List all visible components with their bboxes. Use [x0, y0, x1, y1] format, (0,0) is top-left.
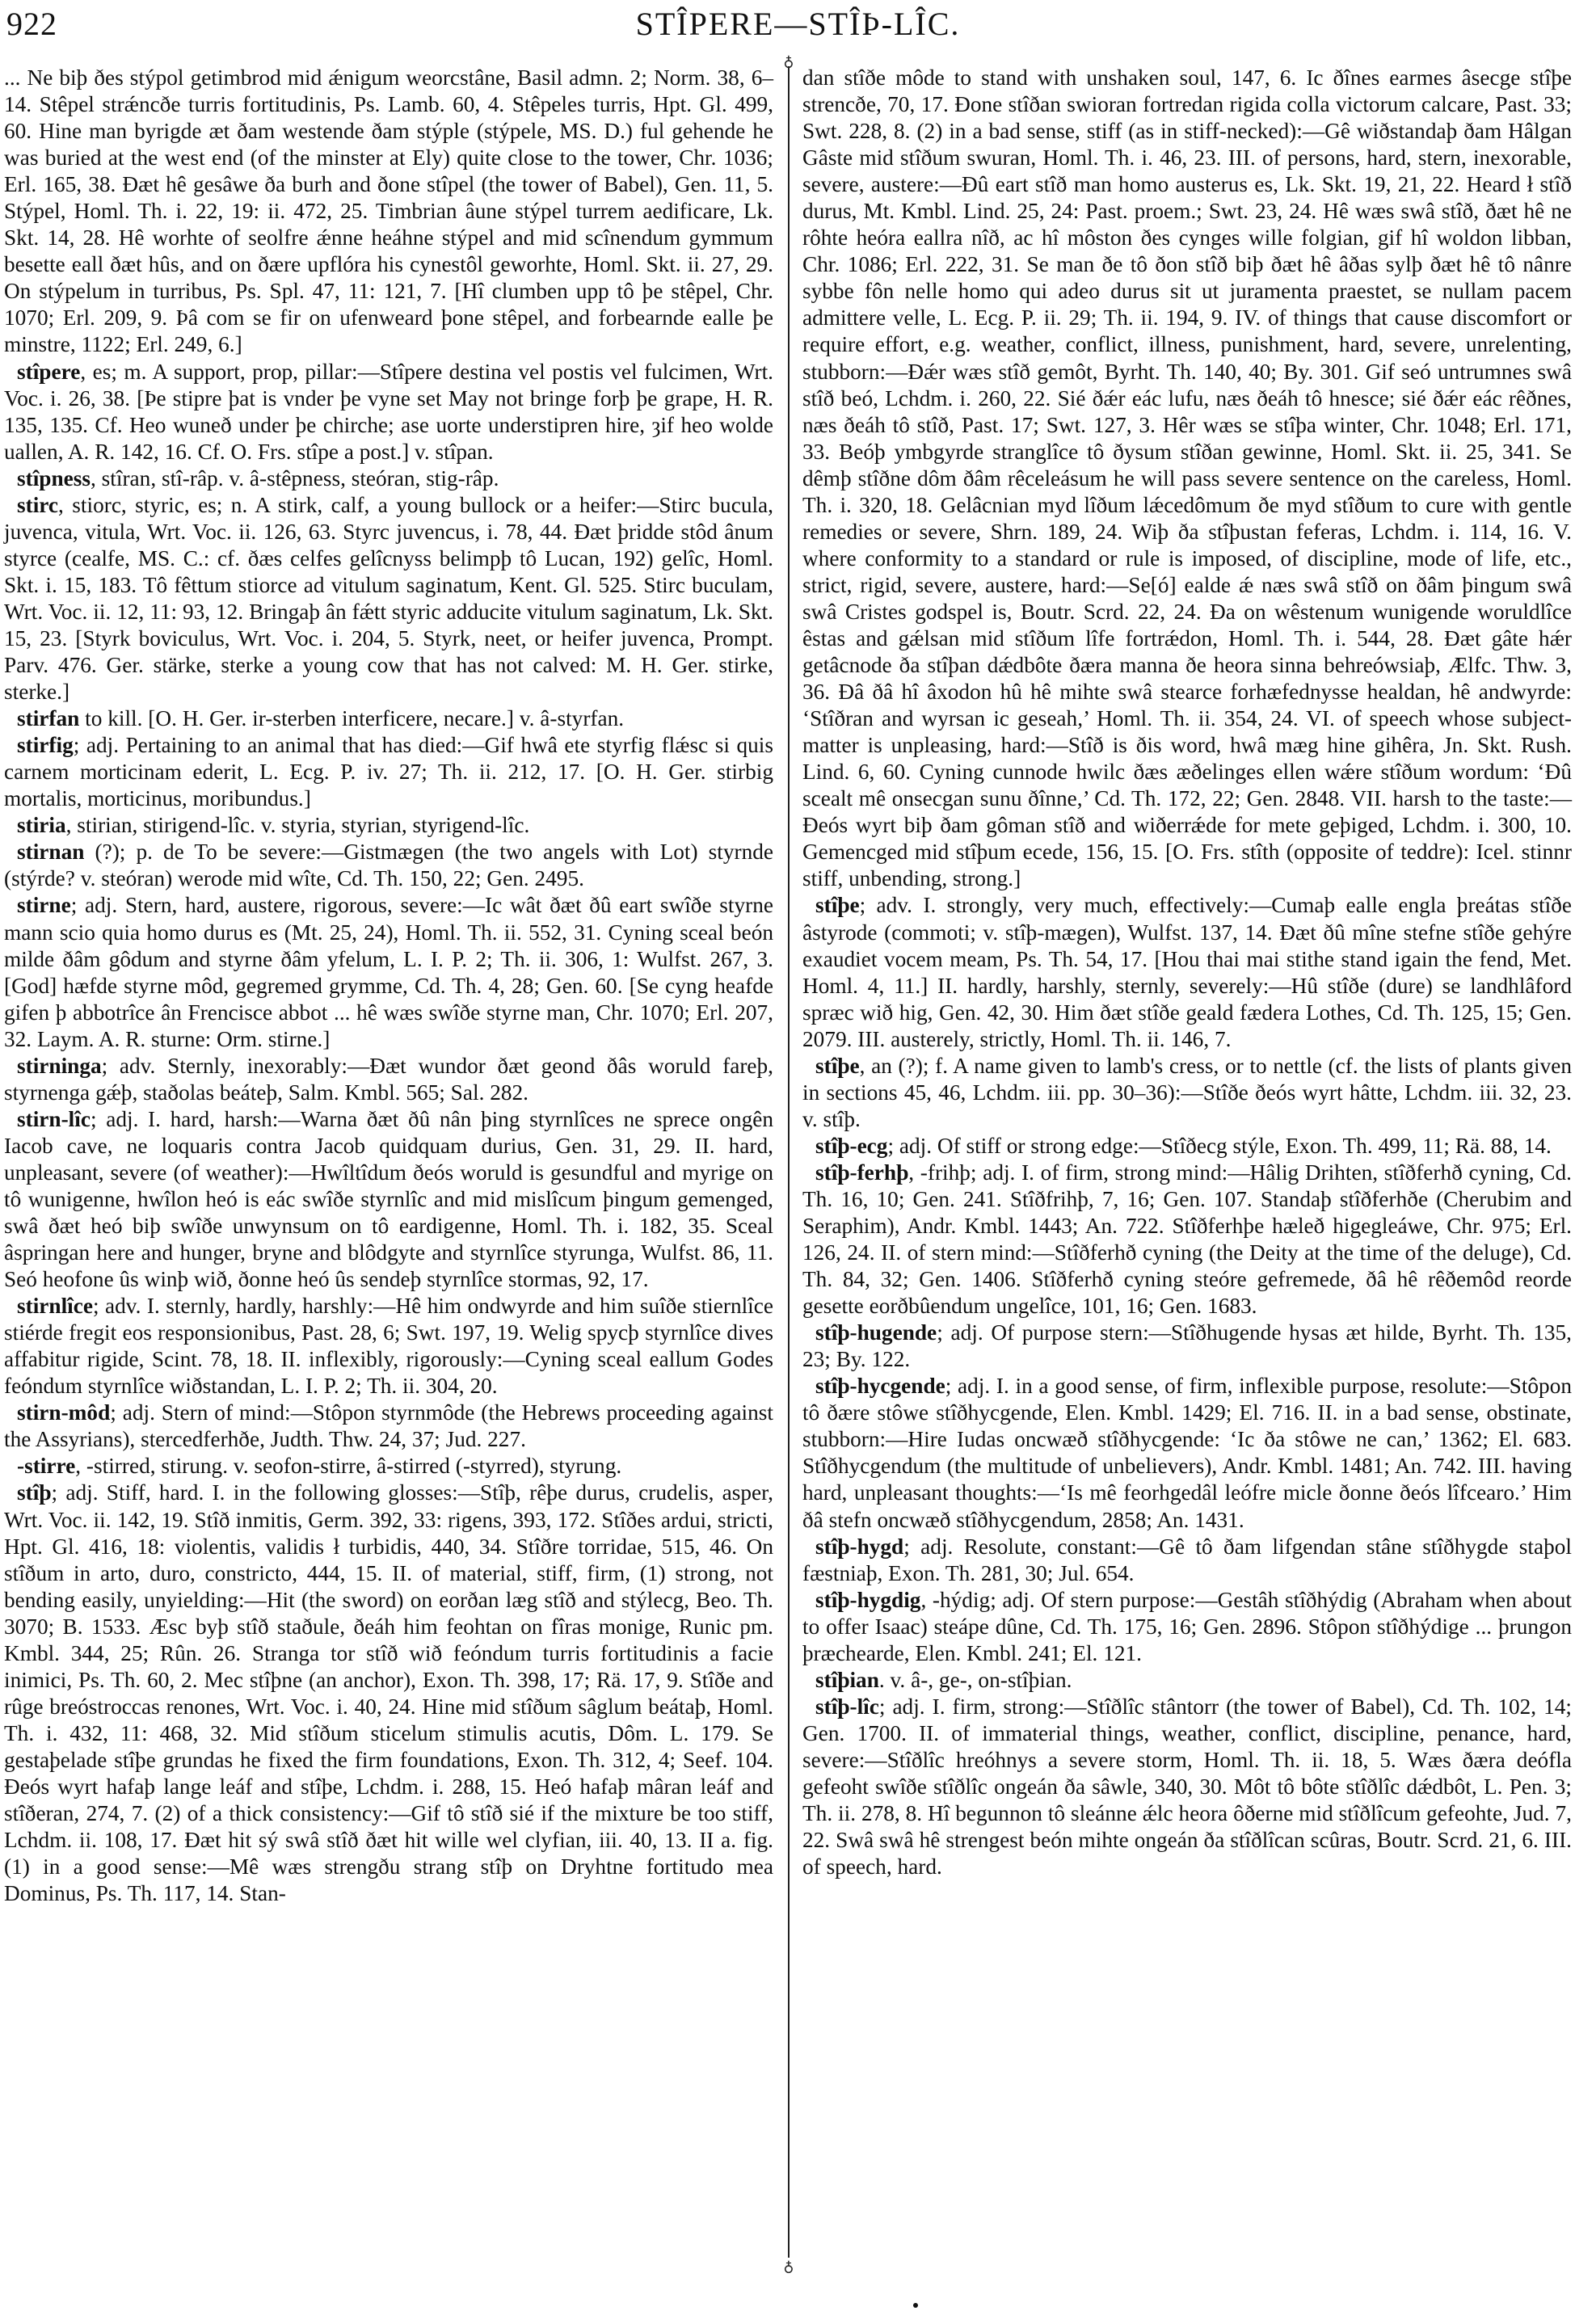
dictionary-entry: stîpness, stîran, stî-râp. v. â-stêpness… — [4, 465, 773, 492]
entry-definition: ; adj. Stern, hard, austere, rigorous, s… — [4, 893, 773, 1050]
dictionary-entry: stirninga; adv. Sternly, inexorably:—Ðæt… — [4, 1053, 773, 1106]
entry-headword: -stirre — [17, 1454, 75, 1478]
entry-headword: stîþ-hygdig — [815, 1588, 920, 1612]
entry-headword: stirne — [17, 893, 71, 917]
dictionary-entry: stîþ-hygd; adj. Resolute, constant:—Gê t… — [802, 1534, 1572, 1587]
dictionary-entry: stîþe, an (?); f. A name given to lamb's… — [802, 1053, 1572, 1133]
dictionary-entry: stîpere, es; m. A support, prop, pillar:… — [4, 359, 773, 465]
entry-headword: stîþ-hugende — [815, 1320, 937, 1345]
left-column: ... Ne biþ ðes stýpol getimbrod mid ǽnig… — [4, 65, 773, 1907]
entry-headword: stîþian — [815, 1668, 879, 1692]
entry-definition: ; adj. Resolute, constant:—Gê tô ðam lif… — [802, 1534, 1572, 1585]
print-speck — [913, 2303, 918, 2308]
dictionary-entry: stîþ-hycgende; adj. I. in a good sense, … — [802, 1373, 1572, 1533]
dictionary-entry: stirne; adj. Stern, hard, austere, rigor… — [4, 892, 773, 1052]
dictionary-entry: stîþ-lîc; adj. I. firm, strong:—Stîðlîc … — [802, 1694, 1572, 1880]
running-title: STÎPERE—STÎÞ-LÎC. — [0, 5, 1596, 43]
right-column: dan stîðe môde to stand with unshaken so… — [802, 65, 1572, 1880]
entry-definition: , -frihþ; adj. I. of firm, strong mind:—… — [802, 1160, 1572, 1318]
entry-headword: stirnan — [17, 840, 84, 864]
entry-definition: ; adj. I. hard, harsh:—Warna ðæt ðû nân … — [4, 1107, 773, 1291]
column-divider-bottom-ornament-icon: ♁ — [781, 2258, 797, 2275]
entry-definition: ; adj. Pertaining to an animal that has … — [4, 733, 773, 810]
entry-definition: to kill. [O. H. Ger. ir-sterben interfic… — [79, 706, 624, 730]
entry-headword: stîpere — [17, 360, 80, 384]
entry-headword: stîþ — [17, 1480, 51, 1505]
entry-headword: stirn-môd — [17, 1400, 110, 1425]
dictionary-entry: stîþ; adj. Stiff, hard. I. in the follow… — [4, 1480, 773, 1907]
entry-headword: stiria — [17, 813, 66, 837]
dictionary-entry: stirn-môd; adj. Stern of mind:—Stôpon st… — [4, 1400, 773, 1453]
entry-headword: stirn-lîc — [17, 1107, 91, 1131]
entry-headword: stîþ-ferhþ — [815, 1160, 908, 1185]
entry-definition: ; adv. I. strongly, very much, effective… — [802, 893, 1572, 1050]
entry-headword: stîþ-hygd — [815, 1534, 903, 1559]
entry-definition: , stirian, stirigend-lîc. v. styria, sty… — [66, 813, 530, 837]
entry-definition: , -stirred, stirung. v. seofon-stirre, â… — [75, 1454, 621, 1478]
entry-definition: ; adv. I. sternly, hardly, harshly:—Hê h… — [4, 1294, 773, 1398]
entry-definition: , stîran, stî-râp. v. â-stêpness, steóra… — [91, 466, 499, 490]
dictionary-entry: stîþ-hygdig, -hýdig; adj. Of stern purpo… — [802, 1587, 1572, 1667]
dictionary-entry: stirc, stiorc, styric, es; n. A stirk, c… — [4, 492, 773, 705]
entry-definition: dan stîðe môde to stand with unshaken so… — [802, 65, 1572, 890]
dictionary-entry: stirn-lîc; adj. I. hard, harsh:—Warna ðæ… — [4, 1106, 773, 1293]
column-divider — [788, 66, 790, 2258]
dictionary-entry-continuation: dan stîðe môde to stand with unshaken so… — [802, 65, 1572, 892]
dictionary-entry: stîþ-ecg; adj. Of stiff or strong edge:—… — [802, 1133, 1572, 1160]
dictionary-entry: stirfan to kill. [O. H. Ger. ir-sterben … — [4, 705, 773, 732]
entry-headword: stîþ-hycgende — [815, 1374, 945, 1398]
entry-headword: stirc — [17, 493, 58, 517]
entry-headword: stirnlîce — [17, 1294, 93, 1318]
entry-definition: , an (?); f. A name given to lamb's cres… — [802, 1054, 1572, 1131]
dictionary-entry: stirfig; adj. Pertaining to an animal th… — [4, 732, 773, 812]
entry-headword: stirfan — [17, 706, 79, 730]
entry-headword: stirninga — [17, 1054, 102, 1078]
entry-definition: ... Ne biþ ðes stýpol getimbrod mid ǽnig… — [4, 65, 773, 356]
entry-headword: stîþ-ecg — [815, 1134, 887, 1158]
dictionary-entry: -stirre, -stirred, stirung. v. seofon-st… — [4, 1453, 773, 1480]
entry-definition: ; adv. Sternly, inexorably:—Ðæt wundor ð… — [4, 1054, 773, 1105]
dictionary-entry: stirnan (?); p. de To be severe:—Gistmæg… — [4, 839, 773, 892]
dictionary-entry: stîþian. v. â-, ge-, on-stîþian. — [802, 1667, 1572, 1694]
entry-definition: ; adj. Stiff, hard. I. in the following … — [4, 1480, 773, 1905]
entry-definition: ; adj. Of stiff or strong edge:—Stîðecg … — [887, 1134, 1551, 1158]
entry-headword: stîpness — [17, 466, 91, 490]
entry-headword: stîþ-lîc — [815, 1694, 879, 1719]
entry-definition: . v. â-, ge-, on-stîþian. — [879, 1668, 1072, 1692]
entry-headword: stîþe — [815, 893, 860, 917]
entry-definition: , es; m. A support, prop, pillar:—Stîper… — [4, 360, 773, 464]
entry-headword: stîþe — [815, 1054, 860, 1078]
entry-definition: (?); p. de To be severe:—Gistmægen (the … — [4, 840, 773, 890]
dictionary-entry: stirnlîce; adv. I. sternly, hardly, hars… — [4, 1293, 773, 1400]
page-header: 922 STÎPERE—STÎÞ-LÎC. — [0, 0, 1596, 57]
entry-headword: stirfig — [17, 733, 74, 757]
entry-definition: , stiorc, styric, es; n. A stirk, calf, … — [4, 493, 773, 704]
dictionary-entry: stîþe; adv. I. strongly, very much, effe… — [802, 892, 1572, 1052]
dictionary-entry: stiria, stirian, stirigend-lîc. v. styri… — [4, 812, 773, 839]
entry-definition: ; adj. Stern of mind:—Stôpon styrnmôde (… — [4, 1400, 773, 1451]
entry-definition: ; adj. I. firm, strong:—Stîðlîc stântorr… — [802, 1694, 1572, 1879]
dictionary-entry: stîþ-ferhþ, -frihþ; adj. I. of firm, str… — [802, 1160, 1572, 1320]
dictionary-entry: stîþ-hugende; adj. Of purpose stern:—Stî… — [802, 1320, 1572, 1373]
dictionary-entry-continuation: ... Ne biþ ðes stýpol getimbrod mid ǽnig… — [4, 65, 773, 359]
